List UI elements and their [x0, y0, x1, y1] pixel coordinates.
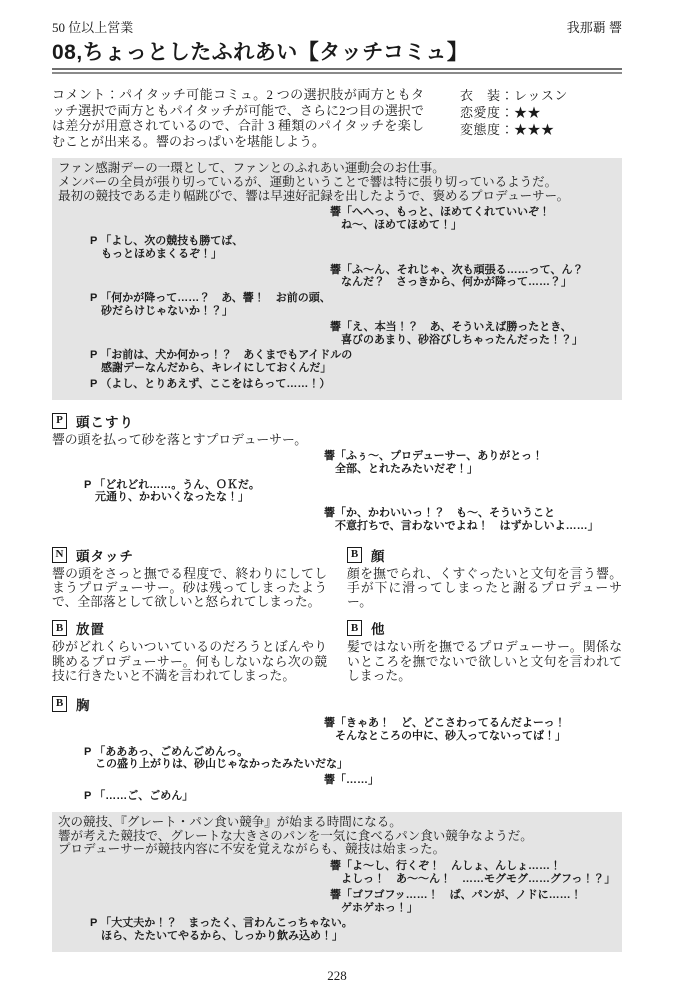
dialog-producer: P 「お前は、犬か何かっ！？ あくまでもアイドルの 感謝デーなんだから、キレイに…: [90, 349, 616, 375]
costume-row: 衣 装：レッスン: [460, 87, 568, 104]
dialog-hibiki: 響「よ〜し、行くぞ！ んしょ、んしょ……！ よしっ！ あ〜〜ん！ ……モグモグ……: [330, 860, 616, 886]
love-label: 恋愛度：: [460, 105, 514, 120]
dialog-producer: P 「……ご、ごめん」: [84, 790, 622, 803]
choice-tag-box: B: [52, 620, 67, 636]
costume-value: レッスン: [514, 88, 568, 103]
section-title: 他: [371, 618, 386, 638]
dialog-hibiki: 響「……」: [324, 774, 622, 787]
page-number: 228: [52, 968, 622, 984]
dialog-hibiki: 響「きゃあ！ ど、どこさわってるんだよーっ！ そんなところの中に、砂入ってないっ…: [324, 717, 622, 743]
section-description: 響の頭をさっと撫でる程度で、終わりにしてしまうプロデューサー。砂は残ってしまった…: [52, 567, 327, 610]
section-chest: B 胸 響「きゃあ！ ど、どこさわってるんだよーっ！ そんなところの中に、砂入っ…: [52, 694, 622, 803]
dialog-hibiki: 響「ふぅ〜、プロデューサー、ありがとっ！ 全部、とれたみたいだぞ！」: [324, 450, 622, 476]
scene1-narration: ファン感謝デーの一環として、ファンとのふれあい運動会のお仕事。 メンバーの全員が…: [58, 162, 616, 203]
dialog-producer: P 「何かが降って……？ あ、響！ お前の頭、 砂だらけじゃないか！？」: [90, 292, 616, 318]
page-header: 50 位以上営業 我那覇 響: [52, 20, 622, 35]
section-description: 砂がどれくらいついているのだろうとぼんやり眺めるプロデューサー。何もしないなら次…: [52, 640, 327, 683]
hentai-row: 変態度：★★★: [460, 121, 568, 138]
section-ignore: B 放置 砂がどれくらいついているのだろうとぼんやり眺めるプロデューサー。何もし…: [52, 618, 327, 683]
dialog-producer: P 「あああっ、ごめんごめんっ。 この盛り上がりは、砂山じゃなかったみたいだな」: [84, 746, 622, 772]
love-stars: ★★: [514, 105, 541, 120]
section-title: 胸: [76, 694, 91, 714]
dialog-hibiki: 響「へへっ、もっと、ほめてくれていいぞ！ ね〜、ほめてほめて！」: [330, 206, 616, 232]
choice-tag-box: B: [347, 547, 362, 563]
dialog-producer: P 「大丈夫か！？ まったく、言わんこっちゃない。 ほら、たたいてやるから、しっ…: [90, 917, 616, 943]
page-title: 08,ちょっとしたふれあい【タッチコミュ】: [52, 40, 622, 65]
choice-tag-box: B: [52, 696, 67, 712]
scene-box-1: ファン感謝デーの一環として、ファンとのふれあい運動会のお仕事。 メンバーの全員が…: [52, 158, 622, 400]
section-face: B 顔 顔を撫でられ、くすぐったいと文句を言う響。手が下に滑ってしまったと謝るプ…: [347, 545, 622, 610]
dialog-producer: P （よし、とりあえず、ここをはらって……！）: [90, 378, 616, 391]
title-rule: [52, 68, 622, 74]
choice-tag-box: P: [52, 413, 67, 429]
comment-block: コメント：パイタッチ可能コミュ。2 つの選択肢が両方ともタッチ選択で両方ともパイ…: [52, 87, 622, 149]
section-description: 髪ではない所を撫でるプロデューサー。関係ないところを撫でないで欲しいと文句を言わ…: [347, 640, 622, 683]
book-page: 50 位以上営業 我那覇 響 08,ちょっとしたふれあい【タッチコミュ】 コメン…: [0, 0, 674, 984]
section-description: 顔を撫でられ、くすぐったいと文句を言う響。手が下に滑ってしまったと謝るプロデュー…: [347, 567, 622, 610]
costume-label: 衣 装：: [460, 88, 514, 103]
section-heading: N 頭タッチ: [52, 545, 327, 565]
choice-tag-box: B: [347, 620, 362, 636]
love-row: 恋愛度：★★: [460, 104, 568, 121]
section-head-rub: P 頭こすり 響の頭を払って砂を落とすプロデューサー。 響「ふぅ〜、プロデューサ…: [52, 411, 622, 533]
section-title: 顔: [371, 545, 386, 565]
dialog-hibiki: 響「ふ〜ん、それじゃ、次も頑張る……って、ん？ なんだ？ さっきから、何かが降っ…: [330, 264, 616, 290]
hentai-stars: ★★★: [514, 122, 555, 137]
stats-column: 衣 装：レッスン 恋愛度：★★ 変態度：★★★: [460, 87, 568, 149]
choice-sections-grid: N 頭タッチ 響の頭をさっと撫でる程度で、終わりにしてしまうプロデューサー。砂は…: [52, 545, 622, 683]
section-head-touch: N 頭タッチ 響の頭をさっと撫でる程度で、終わりにしてしまうプロデューサー。砂は…: [52, 545, 327, 610]
section-heading: B 顔: [347, 545, 622, 565]
section-heading: B 胸: [52, 694, 622, 714]
section-title: 頭こすり: [76, 411, 134, 431]
header-character-name: 我那覇 響: [567, 20, 622, 35]
section-title: 頭タッチ: [76, 545, 134, 565]
dialog-hibiki: 響「え、本当！？ あ、そういえば勝ったとき、 喜びのあまり、砂浴びしちゃったんだ…: [330, 321, 616, 347]
section-other: B 他 髪ではない所を撫でるプロデューサー。関係ないところを撫でないで欲しいと文…: [347, 618, 622, 683]
scene-box-2: 次の競技、『グレート・パン食い競争』が始まる時間になる。 響が考えた競技で、グレ…: [52, 812, 622, 952]
dialog-producer: P 「どれどれ……。うん、ＯＫだ。 元通り、かわいくなったな！」: [84, 479, 622, 505]
comment-text: コメント：パイタッチ可能コミュ。2 つの選択肢が両方ともタッチ選択で両方ともパイ…: [52, 87, 424, 149]
scene2-narration: 次の競技、『グレート・パン食い競争』が始まる時間になる。 響が考えた競技で、グレ…: [58, 816, 616, 857]
header-category: 50 位以上営業: [52, 20, 133, 35]
choice-tag-box: N: [52, 547, 67, 563]
section-heading: P 頭こすり: [52, 411, 622, 431]
dialog-hibiki: 響「ゴフゴフッ……！ ぱ、パンが、ノドに……！ ゲホゲホっ！」: [330, 889, 616, 915]
dialog-hibiki: 響「か、かわいいっ！？ も〜、そういうこと 不意打ちで、言わないでよね！ はずか…: [324, 507, 622, 533]
dialog-producer: P 「よし、次の競技も勝てば、 もっとほめまくるぞ！」: [90, 235, 616, 261]
hentai-label: 変態度：: [460, 122, 514, 137]
section-description: 響の頭を払って砂を落とすプロデューサー。: [52, 433, 622, 447]
section-heading: B 他: [347, 618, 622, 638]
section-heading: B 放置: [52, 618, 327, 638]
section-title: 放置: [76, 618, 105, 638]
